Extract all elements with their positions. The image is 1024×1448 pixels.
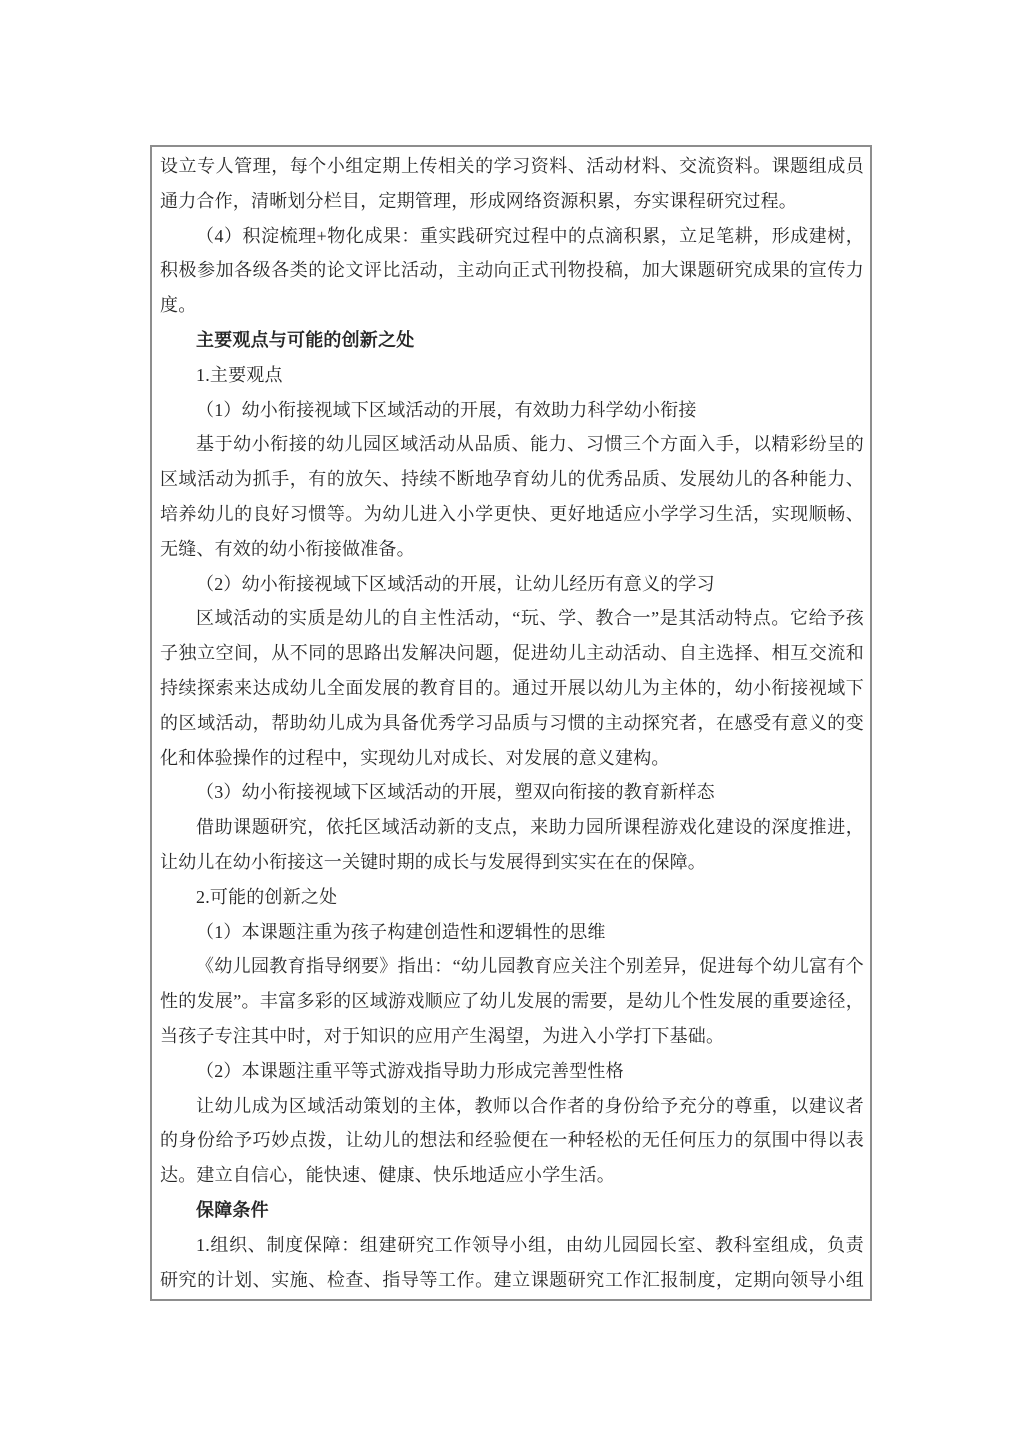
paragraph: 设立专人管理，每个小组定期上传相关的学习资料、活动材料、交流资料。课题组成员通力… xyxy=(160,149,864,219)
paragraph: （1）本课题注重为孩子构建创造性和逻辑性的思维 xyxy=(160,915,864,950)
form-table-cell: 设立专人管理，每个小组定期上传相关的学习资料、活动材料、交流资料。课题组成员通力… xyxy=(150,145,872,1301)
section-heading: 保障条件 xyxy=(160,1193,864,1228)
paragraph: （3）幼小衔接视域下区域活动的开展，塑双向衔接的教育新样态 xyxy=(160,775,864,810)
paragraph: 基于幼小衔接的幼儿园区域活动从品质、能力、习惯三个方面入手，以精彩纷呈的区域活动… xyxy=(160,427,864,566)
paragraph: 2.可能的创新之处 xyxy=(160,880,864,915)
paragraph: 区域活动的实质是幼儿的自主性活动，“玩、学、教合一”是其活动特点。它给予孩子独立… xyxy=(160,601,864,775)
paragraph: 1.组织、制度保障：组建研究工作领导小组，由幼儿园园长室、教科室组成，负责研究的… xyxy=(160,1228,864,1301)
section-heading: 主要观点与可能的创新之处 xyxy=(160,323,864,358)
paragraph: 让幼儿成为区域活动策划的主体，教师以合作者的身份给予充分的尊重，以建议者的身份给… xyxy=(160,1089,864,1193)
paragraph: 1.主要观点 xyxy=(160,358,864,393)
document-page: 设立专人管理，每个小组定期上传相关的学习资料、活动材料、交流资料。课题组成员通力… xyxy=(0,0,1024,1448)
paragraph: （4）积淀梳理+物化成果：重实践研究过程中的点滴积累，立足笔耕，形成建树，积极参… xyxy=(160,219,864,323)
paragraph: 借助课题研究，依托区域活动新的支点，来助力园所课程游戏化建设的深度推进，让幼儿在… xyxy=(160,810,864,880)
paragraph: （1）幼小衔接视域下区域活动的开展，有效助力科学幼小衔接 xyxy=(160,393,864,428)
paragraph: （2）本课题注重平等式游戏指导助力形成完善型性格 xyxy=(160,1054,864,1089)
paragraph: 《幼儿园教育指导纲要》指出：“幼儿园教育应关注个别差异，促进每个幼儿富有个性的发… xyxy=(160,949,864,1053)
paragraph: （2）幼小衔接视域下区域活动的开展，让幼儿经历有意义的学习 xyxy=(160,567,864,602)
